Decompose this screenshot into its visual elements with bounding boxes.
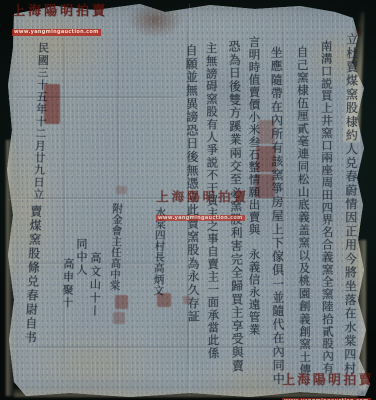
red-seal-village-head-small — [183, 296, 191, 304]
red-seal-date — [44, 84, 60, 124]
red-seal-corner — [355, 27, 362, 36]
fold-crease-vertical — [117, 8, 119, 394]
deed-text-column-6: 恐為日後雙方蹊業兩交至必窯股利害完全歸買主享受與賣 — [228, 40, 243, 373]
red-seal-village-head — [157, 293, 171, 307]
deed-photo: 立杜賣煤窯股棣約人兑春蔚情因正用今將坐落在水棠四村 南溝口説買上井窯口兩座周田四… — [0, 0, 376, 400]
fold-crease-vertical — [63, 8, 65, 394]
red-seal-price-lower — [255, 174, 275, 198]
red-seal-committee-small — [113, 312, 125, 324]
red-seal-price-upper — [258, 120, 275, 144]
deed-text-column-2: 南溝口説買上井窯口兩座周田四界名合義窯全窯陸拾貳股內有 — [320, 40, 333, 375]
middlemen-label: 同中人 — [76, 238, 87, 277]
middleman-1-signature: 高文山十丨 — [89, 252, 101, 318]
middleman-2-signature: 高申聚十 — [62, 258, 74, 309]
committee-signature: 附金會主任高中棠 — [109, 203, 123, 291]
deed-text-column-8: 自願並無異謗恐日後無憑立此賣窯股為永久存証 — [185, 44, 199, 323]
deed-text-column-1: 立杜賣煤窯股棣約人兑春蔚情因正用今將坐落在水棠四村 — [344, 33, 358, 376]
red-seal-committee — [115, 295, 128, 309]
village-head-signature: 水棠四村長高炳文 — [153, 207, 166, 296]
deed-text-column-7: 主無謗碍窯股有人爭説不干買主之事自賣主一面承當此係 — [205, 42, 219, 360]
deed-text-column-3: 自己窯棣伍厘貳毫連同松山底義盖窯以及桃園創義創窯土傳 — [296, 46, 310, 376]
deed-text-column-4: 坐應隨帶在內所有該窯箏房屋上下傢俱一並隨代在內同中 — [270, 46, 284, 386]
red-seal-price-middle — [256, 146, 276, 172]
red-seal-fragment — [116, 186, 127, 194]
